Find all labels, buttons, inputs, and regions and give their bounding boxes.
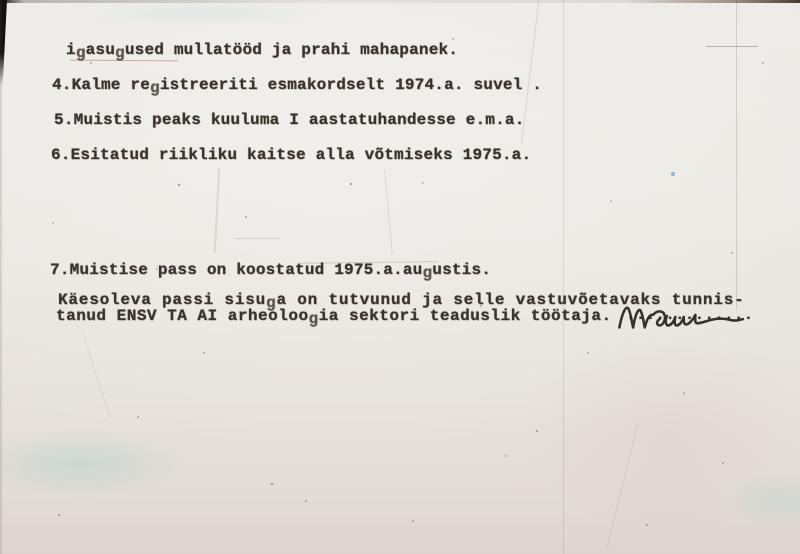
typed-line-3: 5.Muistis peaks kuuluma I aastatuhandess… xyxy=(54,111,524,129)
typed-signature-dots: ............. xyxy=(626,306,753,324)
ink-speck-blue xyxy=(671,172,675,176)
scratch-mark xyxy=(384,170,392,255)
cyan-stain-top xyxy=(70,0,330,26)
typed-line-2: 4.Kalme registreeriti esmakordselt 1974.… xyxy=(52,76,542,94)
scratch-mark xyxy=(214,168,220,253)
scratch-mark xyxy=(234,238,280,239)
vertical-crease-line xyxy=(563,0,564,554)
scratch-mark xyxy=(82,332,111,418)
warm-stain-right xyxy=(520,330,800,530)
cyan-stain-bottom-right xyxy=(726,470,800,530)
film-edge-top xyxy=(0,0,800,3)
cyan-stain-left xyxy=(0,428,190,498)
typed-line-7: tanud ENSV TA AI arheoloogia sektori tea… xyxy=(56,307,612,325)
typed-line-5: 7.Muistise pass on koostatud 1975.a.augu… xyxy=(50,261,491,279)
film-edge-left-shadow xyxy=(0,0,3,554)
typed-line-1: igasugused mullatööd ja prahi mahapanek. xyxy=(66,41,458,59)
vertical-crease-line xyxy=(736,0,737,310)
scratch-mark xyxy=(606,422,638,548)
typed-line-4: 6.Esitatud riikliku kaitse alla võtmisek… xyxy=(51,146,531,164)
scanned-paper-background: igasugused mullatööd ja prahi mahapanek.… xyxy=(0,0,800,554)
scratch-mark xyxy=(706,46,758,47)
